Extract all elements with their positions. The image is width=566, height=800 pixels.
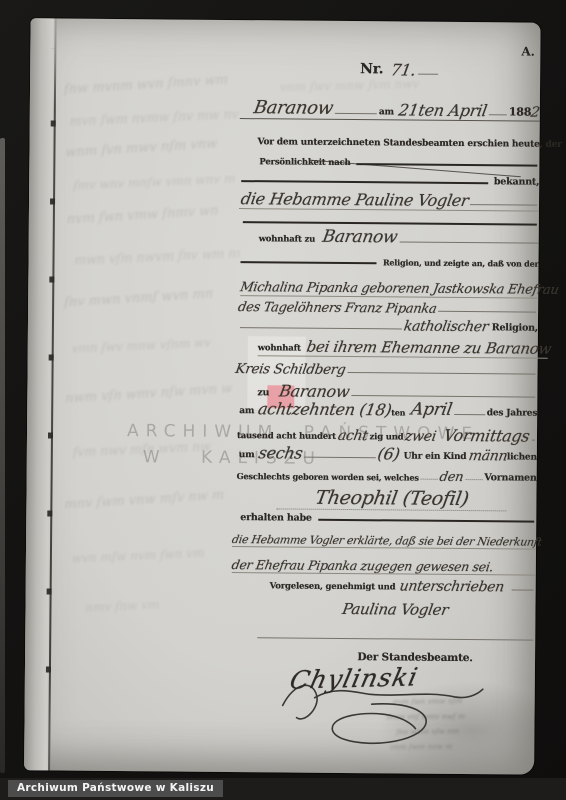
bleedthrough-text: mwn vſm nwvm ſnv wm nv xyxy=(74,245,240,267)
rule-line xyxy=(470,204,537,206)
blank-dotted-row xyxy=(255,641,535,645)
printed-text: 188 xyxy=(509,105,531,118)
handwritten-text: 2 xyxy=(530,105,541,121)
rule-line xyxy=(489,114,507,115)
residence-row: wohnhaft zuBaranow xyxy=(259,219,541,248)
ink-smudge xyxy=(379,681,535,777)
handwritten-text: Theophil (Teofil) xyxy=(313,487,470,510)
handwritten-text: männ xyxy=(467,448,508,464)
rule-line xyxy=(400,241,539,243)
birth-hour-row: umsechs(6)Uhr ein Kindmännlichen xyxy=(239,435,537,465)
bleedthrough-text: wnm ſvn mwv nſm vnw xyxy=(65,135,243,161)
rule-line xyxy=(241,261,377,264)
handwritten-text: Paulina Vogler xyxy=(341,600,450,619)
printed-text: des Jahres xyxy=(487,408,537,418)
rule-line xyxy=(335,113,377,114)
printed-text: um xyxy=(239,450,255,460)
archive-caption-bar: Archiwum Państwowe w Kaliszu xyxy=(0,778,566,800)
handwritten-text: Baranow xyxy=(321,227,399,248)
scan-viewport: A. ARCHIWUM PAŃSTWOWE W KALISZU Nr.71.Ba… xyxy=(0,0,566,800)
rule-line xyxy=(418,74,438,75)
bleedthrough-text: ſnv mwn vnmſ wvn mn xyxy=(64,285,239,311)
intro-row: Vor dem unterzeichneten Standesbeamten e… xyxy=(257,132,541,151)
printed-text: Religion, und zeigte an, daß von der xyxy=(383,257,539,268)
handwritten-text: Baranow xyxy=(252,97,335,119)
handwritten-text: die Hebamme Pauline Vogler xyxy=(239,189,470,210)
rule-line xyxy=(512,589,534,590)
midwife-row: die Hebamme Pauline Vogler xyxy=(239,181,539,212)
rule-line xyxy=(257,637,533,640)
book-edge-sliver xyxy=(0,138,5,773)
registration-place-date-row: Baranowam21ten April1882 xyxy=(240,90,540,122)
bleedthrough-text: mvn ſwm nvmw ſnv mw nv xyxy=(69,106,240,128)
printed-text: am xyxy=(239,406,254,416)
declaration-row-1: die Hebamme Vogler erklärte, daß sie bei… xyxy=(232,520,536,550)
handwritten-text: 21ten April xyxy=(397,100,488,120)
bleedthrough-text: wvn mſw nvm ſwn vm xyxy=(71,545,232,566)
midwife-signature-row: Paulina Vogler xyxy=(305,592,485,620)
bleedthrough-text: nmv ſnw vm xyxy=(85,595,206,614)
handwritten-text: sechs xyxy=(257,443,304,462)
printed-text: Persönlichkeit nach xyxy=(259,157,350,168)
form-rows-container: Nr.71.Baranowam21ten April1882Vor dem un… xyxy=(31,18,541,22)
printed-text: ten xyxy=(391,407,405,417)
rule-line xyxy=(357,163,538,167)
bleedthrough-text: vmn ſwv mnw vſnm wv xyxy=(71,334,240,355)
document-page: A. ARCHIWUM PAŃSTWOWE W KALISZU Nr.71.Ba… xyxy=(24,18,541,774)
bleedthrough-container: ſnw mvnm wvn ſmnv wmvnm ſwv mnw ſvm nwvm… xyxy=(31,18,541,22)
rule-line xyxy=(304,457,376,459)
printed-text: Vorgelesen, genehmigt und xyxy=(270,581,396,592)
rule-line xyxy=(454,414,485,415)
bleedthrough-text: nvm ſwn vmw ſnmv wn xyxy=(67,202,243,228)
printed-text: lichen xyxy=(507,452,537,462)
printed-text: wohnhaft zu xyxy=(259,234,315,244)
child-name-row: Theophil (Teofil) xyxy=(276,478,506,511)
printed-text: Nr. xyxy=(360,61,383,77)
bleedthrough-text: ſnw mvnm wvn ſmnv wm xyxy=(64,72,239,98)
page-corner-mark: A. xyxy=(521,45,535,59)
bleedthrough-text: nwm vſn wmv nſw mvn w xyxy=(65,381,239,407)
printed-text: Vor dem unterzeichneten Standesbeamten e… xyxy=(258,137,562,150)
bleedthrough-text: ſmv wnv mnſw vmn wnv m xyxy=(73,171,242,192)
archive-caption: Archiwum Państwowe w Kaliszu xyxy=(8,780,223,797)
printed-text: Uhr ein Kind xyxy=(404,452,467,463)
bleedthrough-text: mnv ſwm vnw mſv nw m xyxy=(64,487,238,513)
handwritten-text: (6) xyxy=(376,444,401,463)
printed-text: am xyxy=(379,107,394,117)
